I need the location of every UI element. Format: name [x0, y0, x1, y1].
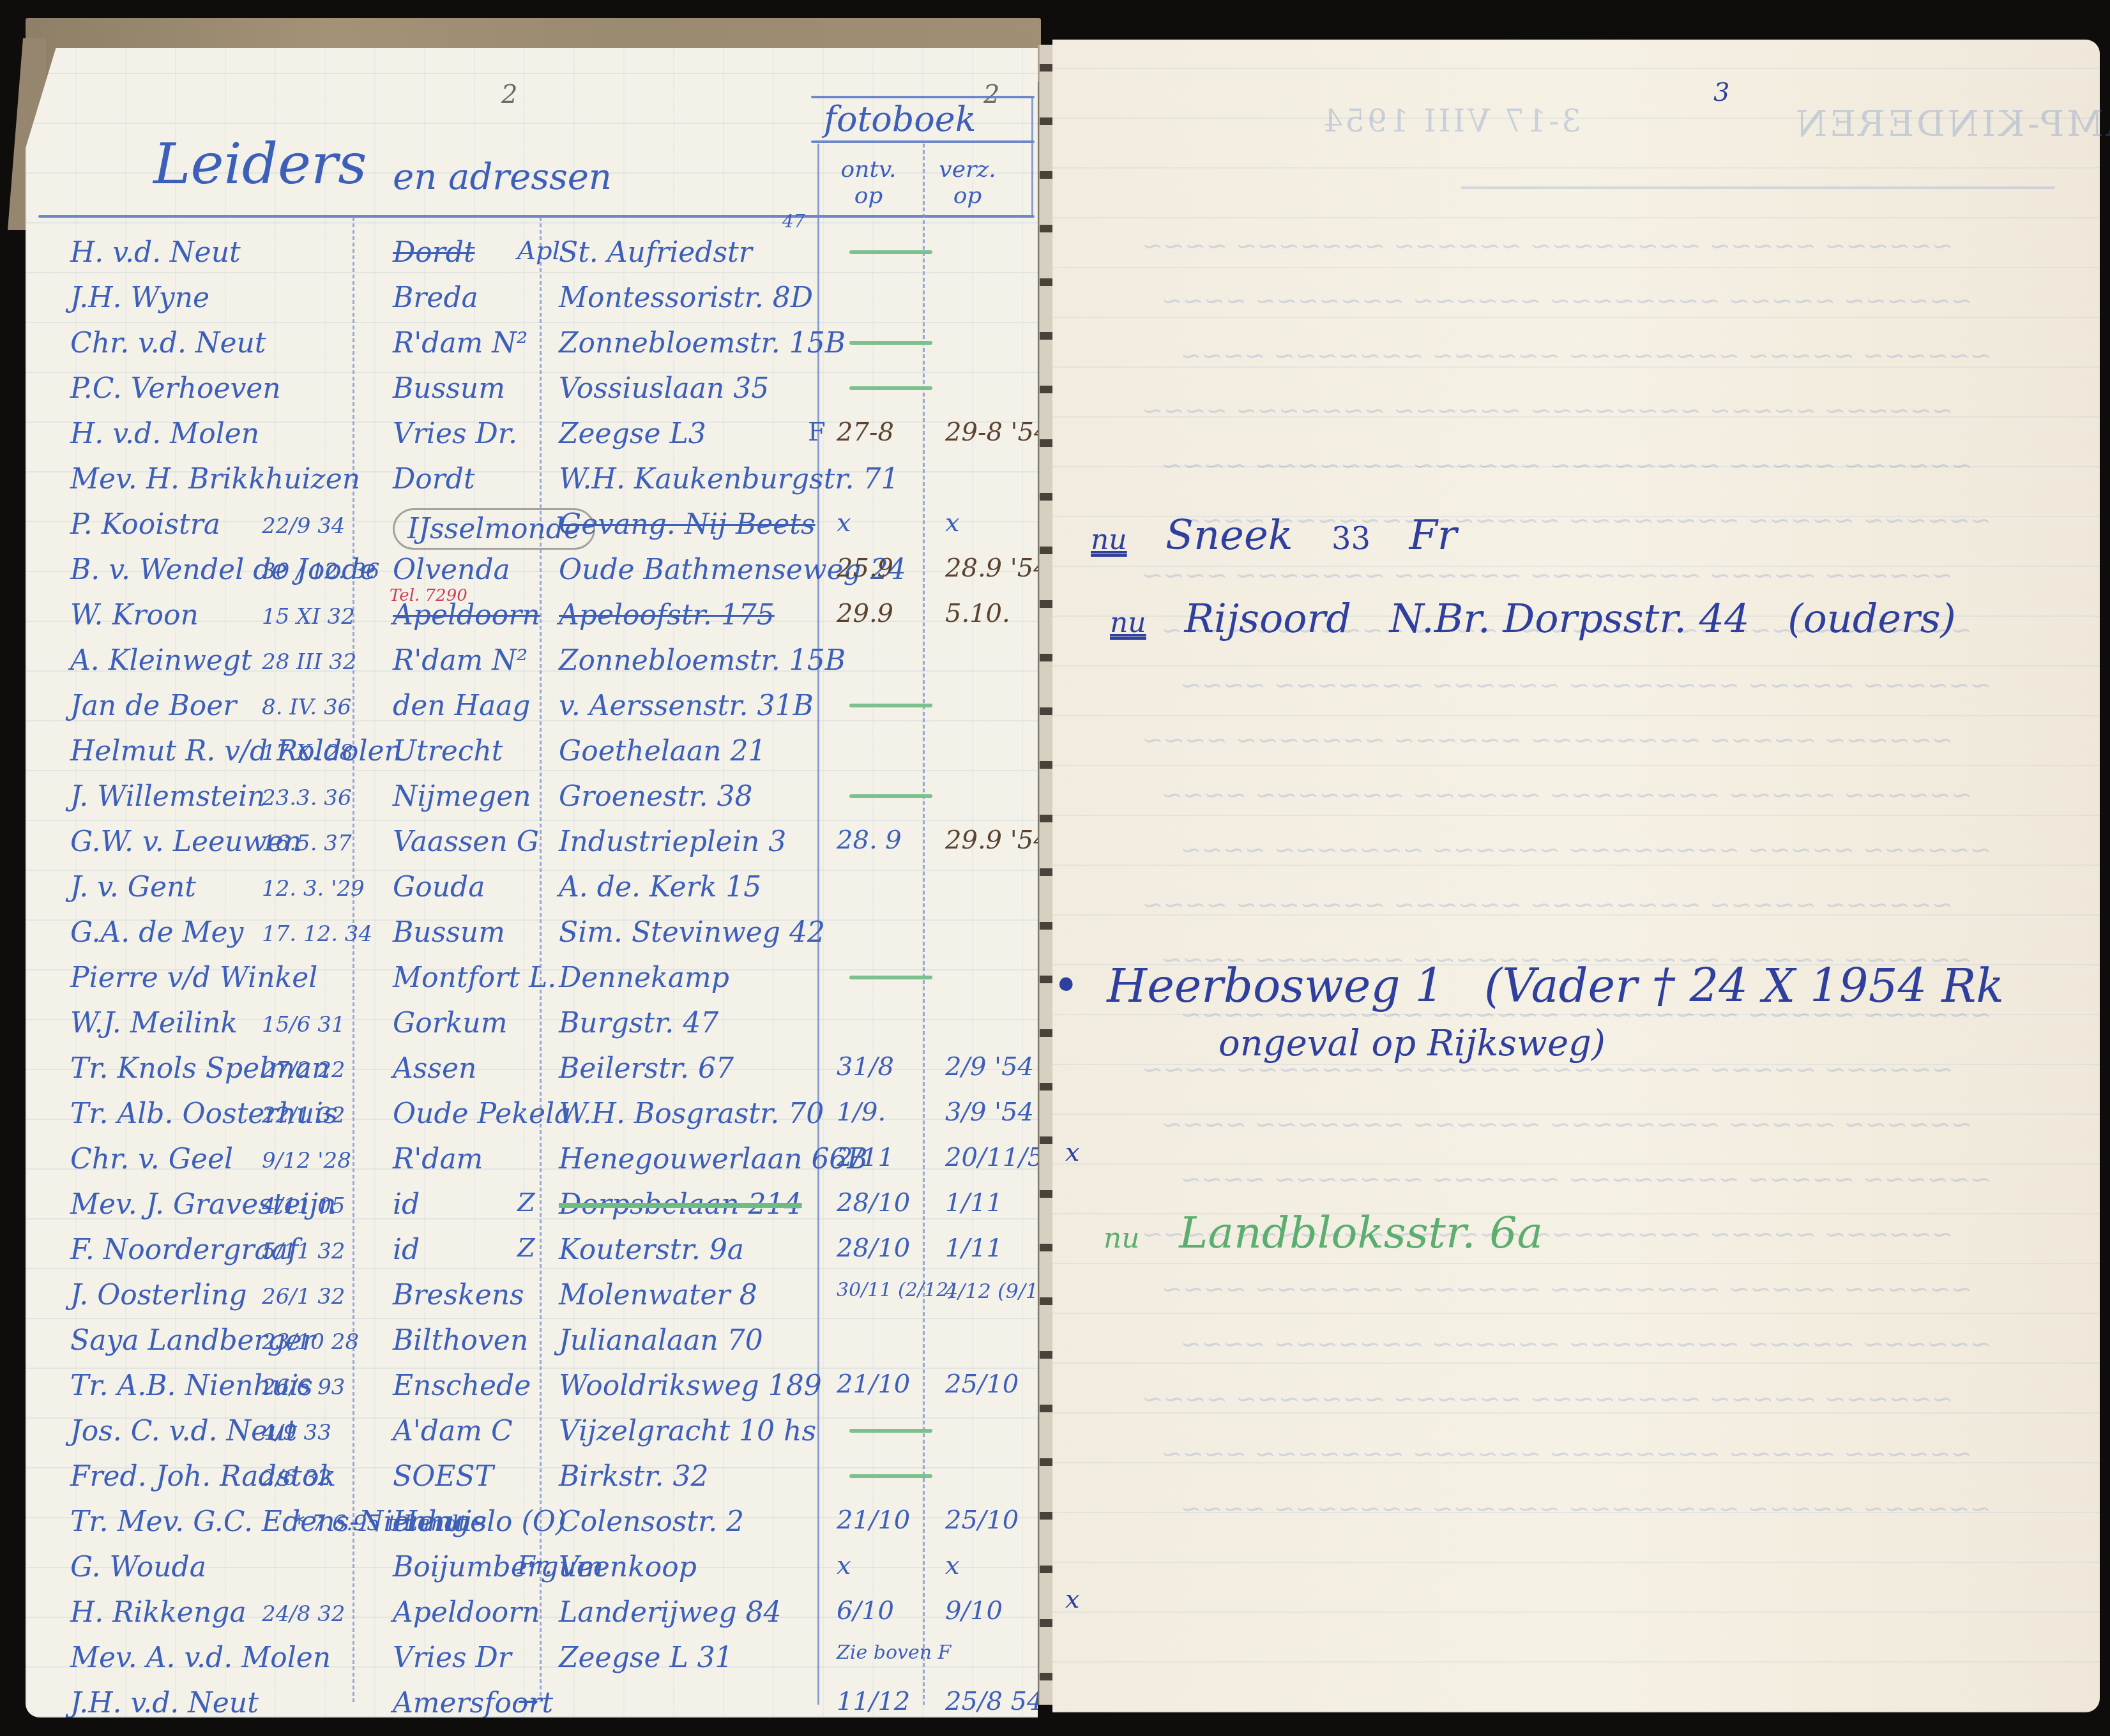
sent-date: 5.10. — [945, 599, 1010, 628]
fotoboek-box-edge — [1031, 96, 1033, 217]
birth-date: 17. 12. 34 — [262, 921, 372, 947]
table-row: Chr. v. Geel9/12 '28R'damHenegouwerlaan … — [26, 1143, 1038, 1181]
table-row: Mev. J. Gravesteijn4/11 05idZDorpsbelaan… — [26, 1188, 1038, 1227]
note-landbloksstr: nu Landbloksstr. 6a — [1104, 1208, 1543, 1258]
street-address: Beilerstr. 67 — [559, 1052, 734, 1085]
street-address: Vijzelgracht 10 hs — [559, 1415, 816, 1447]
received-date: 27-8 — [837, 418, 894, 447]
sent-date: 1/11 — [945, 1234, 1003, 1263]
street-address: Kouterstr. 9a — [559, 1234, 744, 1266]
bleed-title-underline — [1461, 186, 2055, 189]
green-dash-mark — [849, 794, 932, 798]
table-row: Helmut R. v/d Roldolen17 X. 28UtrechtGoe… — [26, 735, 1038, 773]
page-mark-left: 2 — [501, 80, 517, 109]
street-address: Burgstr. 47 — [559, 1007, 718, 1039]
bleed-through-line: ~~~~~~ ~~~~~ ~~~~~~~~ ~~~~~~ ~~~~~~~ ~~~… — [1142, 561, 1953, 590]
street-address: A. de. Kerk 15 — [559, 871, 761, 903]
leader-name: Chr. v. Geel — [70, 1143, 233, 1175]
street-address: Dorpsbelaan 214 — [559, 1188, 802, 1221]
green-dash-mark — [849, 386, 932, 390]
sent-date: 29.9 '54 — [945, 826, 1050, 855]
street-address: Zeegse L 31 — [559, 1642, 733, 1674]
birth-date: 4/11 05 — [262, 1193, 345, 1219]
leader-name: P. Kooistra — [70, 508, 220, 541]
bleed-through-date: 3-17 VIII 1954 — [1321, 103, 1581, 139]
table-row: F. Noordergraaf5/11 32idZKouterstr. 9a28… — [26, 1234, 1038, 1272]
page-mark: 3 — [1713, 78, 1729, 107]
street-address: W.H. Bosgrastr. 70 — [559, 1098, 824, 1130]
table-row: A. Kleinwegt28 III 32R'dam N²Zonnebloems… — [26, 644, 1038, 683]
street-address: Montessoristr. 8D — [559, 282, 813, 314]
table-row: Mev. A. v.d. MolenVries DrZeegse L 31Zie… — [26, 1642, 1038, 1680]
street-address: Groenestr. 38 — [559, 780, 753, 813]
street-address: Sim. Stevinweg 42 — [559, 916, 825, 949]
city-note: Z — [517, 1188, 535, 1218]
received-date: 1/9. — [837, 1098, 886, 1127]
column-header-sent: verz. op — [936, 156, 999, 209]
sent-date: 2/9 '54 — [945, 1052, 1034, 1082]
city: A'dam C — [393, 1415, 513, 1447]
page-title: Leiders — [153, 131, 367, 197]
street-address: Veenkoop — [559, 1551, 697, 1583]
received-date: 21/10 — [837, 1506, 910, 1535]
city-note: → — [517, 1687, 539, 1716]
table-row: J. v. Gent12. 3. '29GoudaA. de. Kerk 15 — [26, 871, 1038, 909]
received-date: 6/10 — [837, 1596, 894, 1626]
note-heerbosweg-cont: ongeval op Rijksweg) — [1218, 1023, 1605, 1064]
city: Montfort L. — [393, 962, 556, 994]
note-rijsoord: nu Rijsoord N.Br. Dorpsstr. 44 (ouders) — [1110, 595, 1956, 642]
table-row: Tr. A.B. Nienhuis26/6 93EnschedeWooldrik… — [26, 1370, 1038, 1408]
leader-name: J. v. Gent — [70, 871, 196, 903]
table-row: Tr. Knols Spelman27/2 22AssenBeilerstr. … — [26, 1052, 1038, 1091]
street-address: Dennekamp — [559, 962, 729, 994]
city: Vries Dr — [393, 1642, 512, 1674]
birth-date: 28 III 32 — [262, 649, 356, 675]
bleed-through-line: ~~~~~~ ~~~~~ ~~~~~~~~ ~~~~~~ ~~~~~~~ ~~~… — [1161, 1110, 1972, 1139]
street-address: W.H. Kaukenburgstr. 71 — [559, 463, 899, 495]
table-row: Mev. H. BrikkhuizenDordtW.H. Kaukenburgs… — [26, 463, 1038, 501]
street-address: Goethelaan 21 — [559, 735, 766, 767]
birth-date: 24/8 32 — [262, 1601, 345, 1627]
birth-date: 4/9 33 — [262, 1420, 331, 1445]
table-row: Saya Landberger23/10 28BilthovenJulianal… — [26, 1324, 1038, 1362]
street-address: Julianalaan 70 — [559, 1324, 763, 1357]
note-prefix: nu — [1091, 524, 1127, 556]
fotoboek-label: fotoboek — [824, 99, 976, 139]
received-date: 31/8 — [837, 1052, 894, 1082]
leader-name: H. v.d. Molen — [70, 418, 259, 450]
city: Hengelo (O) — [393, 1506, 566, 1538]
street-address: Colensostr. 2 — [559, 1506, 744, 1538]
page-mark-right: 2 — [983, 80, 999, 109]
city: Vaassen G — [393, 826, 539, 858]
fotoboek-mid-rule — [811, 140, 1035, 143]
birth-date: 22/1 32 — [262, 1103, 345, 1128]
street-address: St. Aufriedstr — [559, 236, 752, 269]
table-row: Pierre v/d WinkelMontfort L.Dennekamp — [26, 962, 1038, 1000]
street-address: Industrieplein 3 — [559, 826, 786, 858]
table-row: P. Kooistra22/9 34IJsselmondecircledGeva… — [26, 508, 1038, 547]
table-row: G. WoudaBoijumbergumFr.Veenkoopxx — [26, 1551, 1038, 1589]
sent-date: 25/10 — [945, 1370, 1019, 1399]
margin-mark-x: x — [1065, 1585, 1080, 1614]
sent-date: 25/10 — [945, 1506, 1019, 1535]
city: Nijmegen — [393, 780, 531, 813]
leader-name: A. Kleinwegt — [70, 644, 252, 677]
table-row: Jan de Boer8. IV. 36den Haagv. Aerssenst… — [26, 690, 1038, 728]
street-address: Molenwater 8 — [559, 1279, 757, 1311]
city: R'dam N² — [393, 327, 527, 359]
received-date: 30/11 (2/12) — [837, 1279, 956, 1301]
city: Assen — [393, 1052, 476, 1085]
table-row: H. v.d. MolenVries Dr.Zeegse L3F27-829-8… — [26, 418, 1038, 456]
leader-name: W.J. Meilink — [70, 1007, 238, 1039]
green-dash-mark — [849, 341, 932, 345]
green-dash-mark — [849, 1474, 932, 1478]
leader-name: Chr. v.d. Neut — [70, 327, 266, 359]
bleed-through-line: ~~~~~~ ~~~~~ ~~~~~~~~ ~~~~~~ ~~~~~~~ ~~~… — [1161, 1274, 1972, 1304]
birth-date: 27/2 22 — [262, 1057, 345, 1083]
bleed-through-line: ~~~~~~ ~~~~~ ~~~~~~~~ ~~~~~~ ~~~~~~~ ~~~… — [1161, 1439, 1972, 1468]
sent-date: 25/8 54 — [945, 1687, 1043, 1716]
birth-date: 12. 3. '29 — [262, 876, 365, 902]
bleed-through-line: ~~~~~~ ~~~~~ ~~~~~~~~ ~~~~~~ ~~~~~~~ ~~~… — [1180, 1165, 1991, 1194]
green-dash-mark — [849, 250, 932, 254]
fotoboek-top-rule — [811, 96, 1035, 98]
leader-name: Jan de Boer — [70, 690, 236, 722]
received-date: 28/10 — [837, 1188, 910, 1218]
sent-date: 29-8 '54 — [945, 418, 1050, 447]
sent-date: 28.9 '54 — [945, 554, 1050, 583]
table-row: Jos. C. v.d. Neut4/9 33A'dam CVijzelgrac… — [26, 1415, 1038, 1453]
leader-name: P.C. Verhoeven — [70, 372, 281, 405]
bleed-through-line: ~~~~~~ ~~~~~ ~~~~~~~~ ~~~~~~ ~~~~~~~ ~~~… — [1161, 286, 1972, 315]
leader-name: G. Wouda — [70, 1551, 206, 1583]
leader-name: H. Rikkenga — [70, 1596, 247, 1629]
city: Apeldoorn — [393, 1596, 540, 1629]
received-date: 21/10 — [837, 1370, 910, 1399]
table-row: G.A. de Mey17. 12. 34BussumSim. Stevinwe… — [26, 916, 1038, 955]
birth-date: 15/6 31 — [262, 1012, 345, 1038]
received-date: 2/11 — [837, 1143, 894, 1172]
table-row: W. Kroon15 XI 32ApeldoornTel. 7290Apeloo… — [26, 599, 1038, 637]
street-address: Wooldriksweg 189 — [559, 1370, 822, 1402]
city-note: Tel. 7290 — [390, 586, 467, 605]
received-date: 28. 9 — [837, 826, 902, 855]
city: Dordt — [393, 236, 475, 269]
street-address: Zeegse L3 — [559, 418, 706, 450]
table-row: G.W. v. Leeuwen16.5. 37Vaassen GIndustri… — [26, 826, 1038, 864]
table-row: Fred. Joh. Radstok2/6 32SOESTBirkstr. 32 — [26, 1460, 1038, 1498]
table-row: J.H. v.d. NeutAmersfoort→11/1225/8 54 — [26, 1687, 1038, 1725]
birth-date: 15 XI 32 — [262, 604, 355, 630]
sent-date: x — [945, 508, 960, 538]
note-heerbosweg: • Heerbosweg 1 (Vader † 24 X 1954 Rk — [1052, 959, 2004, 1013]
table-row: Tr. Mev. G.C. Edens-Nienhuis* 7.6.95 t L… — [26, 1506, 1038, 1544]
table-row: B. v. Wendel de Joode30 / 12. 36OlvendaO… — [26, 554, 1038, 592]
birth-date: 26/6 93 — [262, 1375, 345, 1400]
green-dash-mark — [849, 704, 932, 707]
bleed-through-line: ~~~~~~ ~~~~~ ~~~~~~~~ ~~~~~~ ~~~~~~~ ~~~… — [1180, 1494, 1991, 1523]
received-date: 25.9 — [837, 554, 893, 583]
table-row: J. Willemstein23.3. 36NijmegenGroenestr.… — [26, 780, 1038, 819]
table-row: W.J. Meilink15/6 31GorkumBurgstr. 47 — [26, 1007, 1038, 1045]
received-date: Zie boven F — [837, 1642, 951, 1664]
table-row: J.H. WyneBredaMontessoristr. 8D — [26, 282, 1038, 320]
city: R'dam — [393, 1143, 483, 1175]
table-row: Tr. Alb. Oosterhuis22/1 32Oude PekelaW.H… — [26, 1098, 1038, 1136]
received-date: 11/12 — [837, 1687, 910, 1716]
street-address: Henegouwerlaan 66B — [559, 1143, 868, 1175]
bleed-through-line: ~~~~~~ ~~~~~ ~~~~~~~~ ~~~~~~ ~~~~~~~ ~~~… — [1180, 341, 1991, 370]
green-dash-mark — [849, 1429, 932, 1433]
bleed-through-line: ~~~~~~ ~~~~~ ~~~~~~~~ ~~~~~~ ~~~~~~~ ~~~… — [1161, 451, 1972, 480]
leader-name: J. Oosterling — [70, 1279, 247, 1311]
city-note: Apl — [517, 236, 560, 266]
street-address: Landerijweg 84 — [559, 1596, 782, 1629]
street-address: Gevang. Nij Beets — [559, 508, 816, 541]
city: Utrecht — [393, 735, 503, 767]
street-address: Birkstr. 32 — [559, 1460, 709, 1493]
bleed-through-title: KAMP-KINDEREN — [1793, 103, 2110, 145]
leader-name: Mev. A. v.d. Molen — [70, 1642, 331, 1674]
street-address: Zonnebloemstr. 15B — [559, 327, 846, 359]
birth-date: 8. IV. 36 — [262, 695, 351, 720]
city: Dordt — [393, 463, 475, 495]
city: Enschede — [393, 1370, 531, 1402]
bleed-through-line: ~~~~~~ ~~~~~ ~~~~~~~~ ~~~~~~ ~~~~~~~ ~~~… — [1180, 670, 1991, 700]
leader-name: J.H. Wyne — [70, 282, 209, 314]
birth-date: 23.3. 36 — [262, 785, 352, 811]
street-address: Zonnebloemstr. 15B — [559, 644, 846, 677]
birth-date: 17 X. 28 — [262, 740, 353, 766]
city: Vries Dr. — [393, 418, 517, 450]
street-address: Vossiuslaan 35 — [559, 372, 769, 405]
received-date: 28/10 — [837, 1234, 910, 1263]
city: Gouda — [393, 871, 485, 903]
column-header-received: ontv. op — [837, 156, 900, 209]
bleed-through-line: ~~~~~~ ~~~~~ ~~~~~~~~ ~~~~~~ ~~~~~~~ ~~~… — [1142, 1384, 1953, 1414]
bleed-through-line: ~~~~~~ ~~~~~ ~~~~~~~~ ~~~~~~ ~~~~~~~ ~~~… — [1161, 780, 1972, 810]
leader-name: Mev. H. Brikkhuizen — [70, 463, 360, 495]
received-date: x — [837, 1551, 851, 1580]
received-date: 29.9 — [837, 599, 893, 628]
street-address: Apeloofstr. 175 — [559, 599, 775, 631]
sent-date: x — [945, 1551, 960, 1580]
leader-name: Pierre v/d Winkel — [70, 962, 317, 994]
green-dash-mark — [849, 976, 932, 979]
street-suffix: F — [808, 418, 826, 447]
leader-name: J.H. v.d. Neut — [70, 1687, 259, 1719]
birth-date: 9/12 '28 — [262, 1148, 351, 1174]
table-row: J. Oosterling26/1 32BreskensMolenwater 8… — [26, 1279, 1038, 1317]
sent-date: 3/9 '54 — [945, 1098, 1034, 1127]
table-row: Chr. v.d. NeutR'dam N²Zonnebloemstr. 15B — [26, 327, 1038, 365]
city: Oude Pekela — [393, 1098, 571, 1130]
street-address: v. Aerssenstr. 31B — [559, 690, 814, 722]
city: R'dam N² — [393, 644, 527, 677]
birth-date: 30 / 12. 36 — [262, 559, 379, 584]
left-page: 2 2 Leiders en adressen fotoboek ontv. o… — [26, 48, 1038, 1717]
street-superscript: 47 — [782, 211, 805, 232]
city-note: Z — [517, 1234, 535, 1263]
city: den Haag — [393, 690, 531, 722]
header-rule — [38, 215, 1035, 218]
city: Bilthoven — [393, 1324, 528, 1357]
birth-date: 5/11 32 — [262, 1239, 345, 1264]
bleed-through-line: ~~~~~~ ~~~~~ ~~~~~~~~ ~~~~~~ ~~~~~~~ ~~~… — [1142, 231, 1953, 260]
leader-name: H. v.d. Neut — [70, 236, 241, 269]
birth-date: 22/9 34 — [262, 513, 345, 539]
city: id — [393, 1188, 420, 1221]
bleed-through-line: ~~~~~~ ~~~~~ ~~~~~~~~ ~~~~~~ ~~~~~~~ ~~~… — [1180, 1329, 1991, 1359]
note-sneek: nu Sneek 33 Fr — [1091, 512, 1457, 559]
city: SOEST — [393, 1460, 494, 1493]
birth-date: 2/6 32 — [262, 1465, 331, 1491]
city: Olvenda — [393, 554, 510, 586]
bleed-through-line: ~~~~~~ ~~~~~ ~~~~~~~~ ~~~~~~ ~~~~~~~ ~~~… — [1142, 725, 1953, 755]
received-date: x — [837, 508, 851, 538]
sent-date: 1/11 — [945, 1188, 1003, 1218]
page-subtitle: en adressen — [393, 156, 612, 198]
table-row: P.C. VerhoevenBussumVossiuslaan 35 — [26, 372, 1038, 411]
leader-name: G.A. de Mey — [70, 916, 243, 949]
margin-mark-x: x — [1065, 1138, 1080, 1167]
birth-date: 16.5. 37 — [262, 831, 352, 856]
bleed-through-line: ~~~~~~ ~~~~~ ~~~~~~~~ ~~~~~~ ~~~~~~~ ~~~… — [1180, 835, 1991, 864]
leader-name: W. Kroon — [70, 599, 199, 631]
table-row: H. v.d. NeutDordtAplSt. Aufriedstr47 — [26, 236, 1038, 275]
sent-date: 9/10 — [945, 1596, 1003, 1626]
city: Gorkum — [393, 1007, 507, 1039]
right-page: KAMP-KINDEREN 3-17 VIII 1954 3 ~~~~~~ ~~… — [1052, 40, 2100, 1712]
birth-date: 23/10 28 — [262, 1329, 359, 1355]
city: Bussum — [393, 916, 505, 949]
bleed-through-line: ~~~~~~ ~~~~~ ~~~~~~~~ ~~~~~~ ~~~~~~~ ~~~… — [1142, 890, 1953, 919]
city-note: Fr. — [517, 1551, 552, 1580]
city: id — [393, 1234, 420, 1266]
city: Breda — [393, 282, 478, 314]
table-row: H. Rikkenga24/8 32ApeldoornLanderijweg 8… — [26, 1596, 1038, 1634]
city: Bussum — [393, 372, 505, 405]
birth-date: 26/1 32 — [262, 1284, 345, 1310]
bleed-through-line: ~~~~~~ ~~~~~ ~~~~~~~~ ~~~~~~ ~~~~~~~ ~~~… — [1142, 396, 1953, 425]
leader-name: J. Willemstein — [70, 780, 265, 813]
city: Breskens — [393, 1279, 524, 1311]
